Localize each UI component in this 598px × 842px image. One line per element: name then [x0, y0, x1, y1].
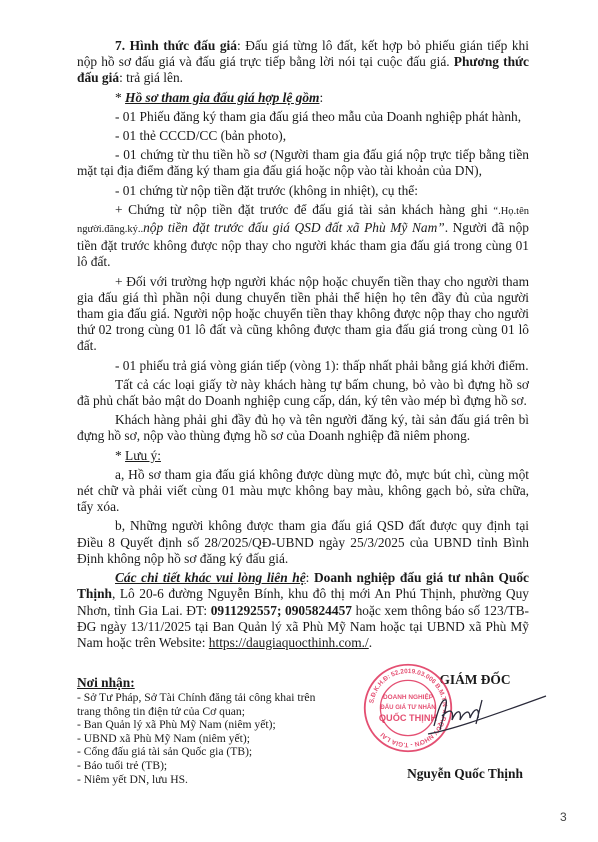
recipient-item: - Niêm yết DN, lưu HS. [77, 773, 317, 787]
signer-name: Nguyễn Quốc Thịnh [380, 766, 550, 782]
page-number: 3 [560, 810, 567, 824]
recipient-item: - Sở Tư Pháp, Sở Tài Chính đăng tải công… [77, 691, 317, 718]
labeling-instruction: Khách hàng phải ghi đầy đủ họ và tên ngư… [77, 412, 529, 444]
contact-paragraph: Các chi tiết khác vui lòng liên hệ: Doan… [77, 570, 529, 651]
dossier-item: - 01 chứng từ nộp tiền đặt trước (không … [77, 183, 529, 199]
note-a: a, Hồ sơ tham gia đấu giá không được dùn… [77, 467, 529, 516]
handwritten-signature-icon [420, 690, 550, 740]
deposit-note-2: + Đối với trường hợp người khác nộp hoặc… [77, 274, 529, 355]
dossier-item: - 01 chứng từ thu tiền hồ sơ (Người tham… [77, 147, 529, 179]
recipient-item: - Cổng đấu giá tài sản Quốc gia (TB); [77, 745, 317, 759]
recipients-heading: Nơi nhận: [77, 676, 317, 690]
section-7-paragraph: 7. Hình thức đấu giá: Đấu giá từng lô đấ… [77, 38, 529, 87]
dossier-heading: * Hồ sơ tham gia đấu giá hợp lệ gồm: [77, 90, 529, 106]
section-7-heading: 7. Hình thức đấu giá [115, 38, 237, 53]
deposit-note-1: + Chứng từ nộp tiền đặt trước để đấu giá… [77, 202, 529, 271]
dossier-item: - 01 Phiếu đăng ký tham gia đấu giá theo… [77, 109, 529, 125]
recipients-block: Nơi nhận: - Sở Tư Pháp, Sở Tài Chính đăn… [77, 676, 317, 786]
packaging-instruction: Tất cả các loại giấy tờ này khách hàng t… [77, 377, 529, 409]
notes-heading: * Lưu ý: [77, 448, 529, 464]
phone-numbers: 0911292557; 0905824457 [211, 603, 352, 618]
website-link[interactable]: https://daugiaquocthinh.com./ [209, 635, 369, 650]
document-body: 7. Hình thức đấu giá: Đấu giá từng lô đấ… [77, 38, 529, 654]
recipient-item: - Ban Quản lý xã Phù Mỹ Nam (niêm yết); [77, 718, 317, 732]
dossier-item: - 01 thẻ CCCD/CC (bản photo), [77, 128, 529, 144]
note-b: b, Những người không được tham gia đấu g… [77, 518, 529, 567]
recipient-item: - UBND xã Phù Mỹ Nam (niêm yết); [77, 732, 317, 746]
recipient-item: - Báo tuổi trẻ (TB); [77, 759, 317, 773]
bid-sheet-item: - 01 phiếu trả giá vòng gián tiếp (vòng … [77, 358, 529, 374]
